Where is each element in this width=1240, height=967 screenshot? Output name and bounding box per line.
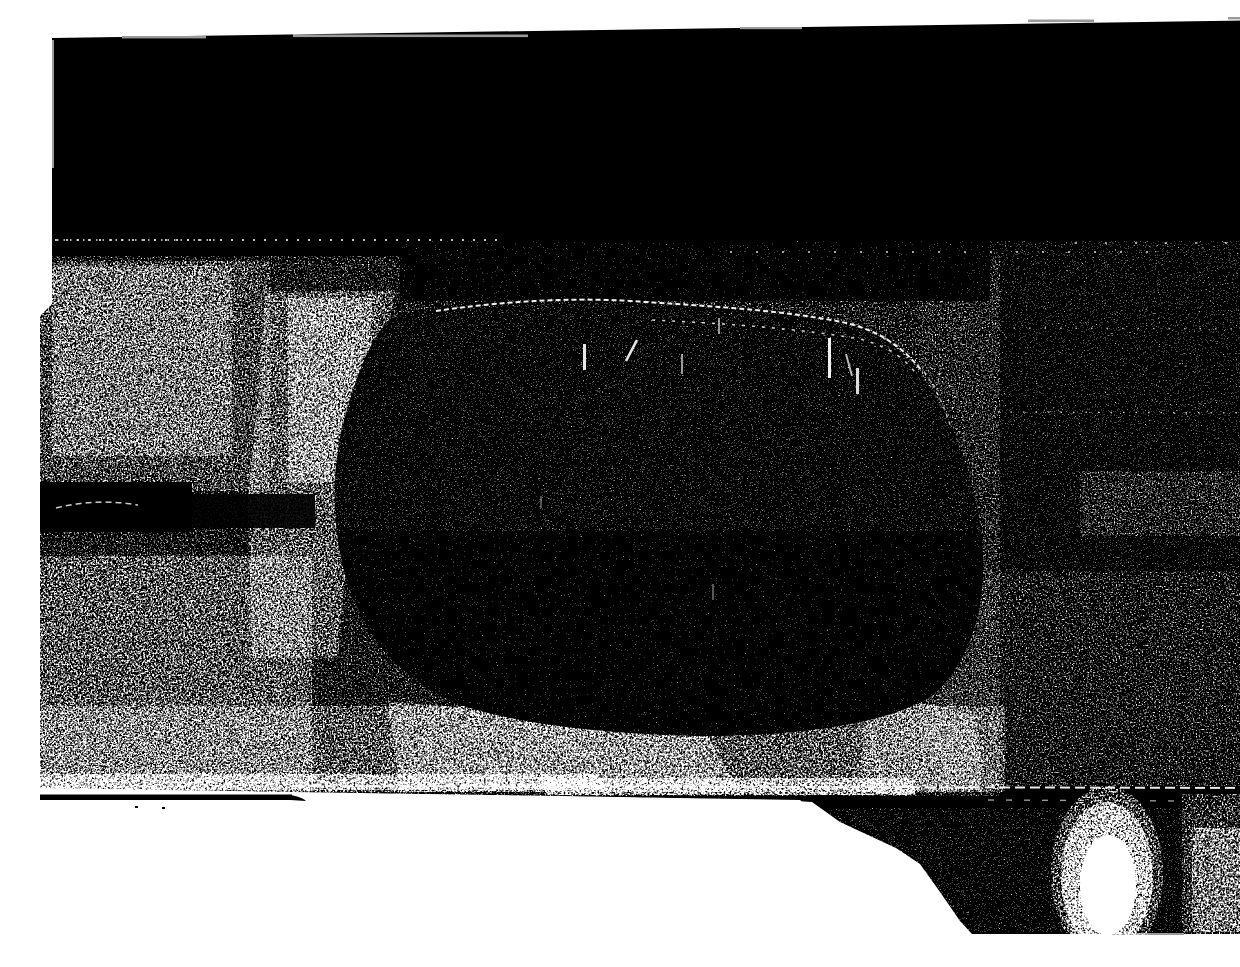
edge-glow-strip-left	[40, 774, 600, 790]
bottom-right-speckle-patch	[1182, 794, 1240, 934]
right-dot-patch	[1080, 471, 1240, 536]
photograph-canvas	[40, 16, 1240, 951]
upper-left-bright-patch	[52, 266, 232, 456]
object-interior-texture	[330, 296, 990, 741]
lower-right-mass-speckle	[818, 808, 1240, 932]
above-object-sparse	[400, 241, 990, 301]
photograph	[40, 16, 1240, 951]
